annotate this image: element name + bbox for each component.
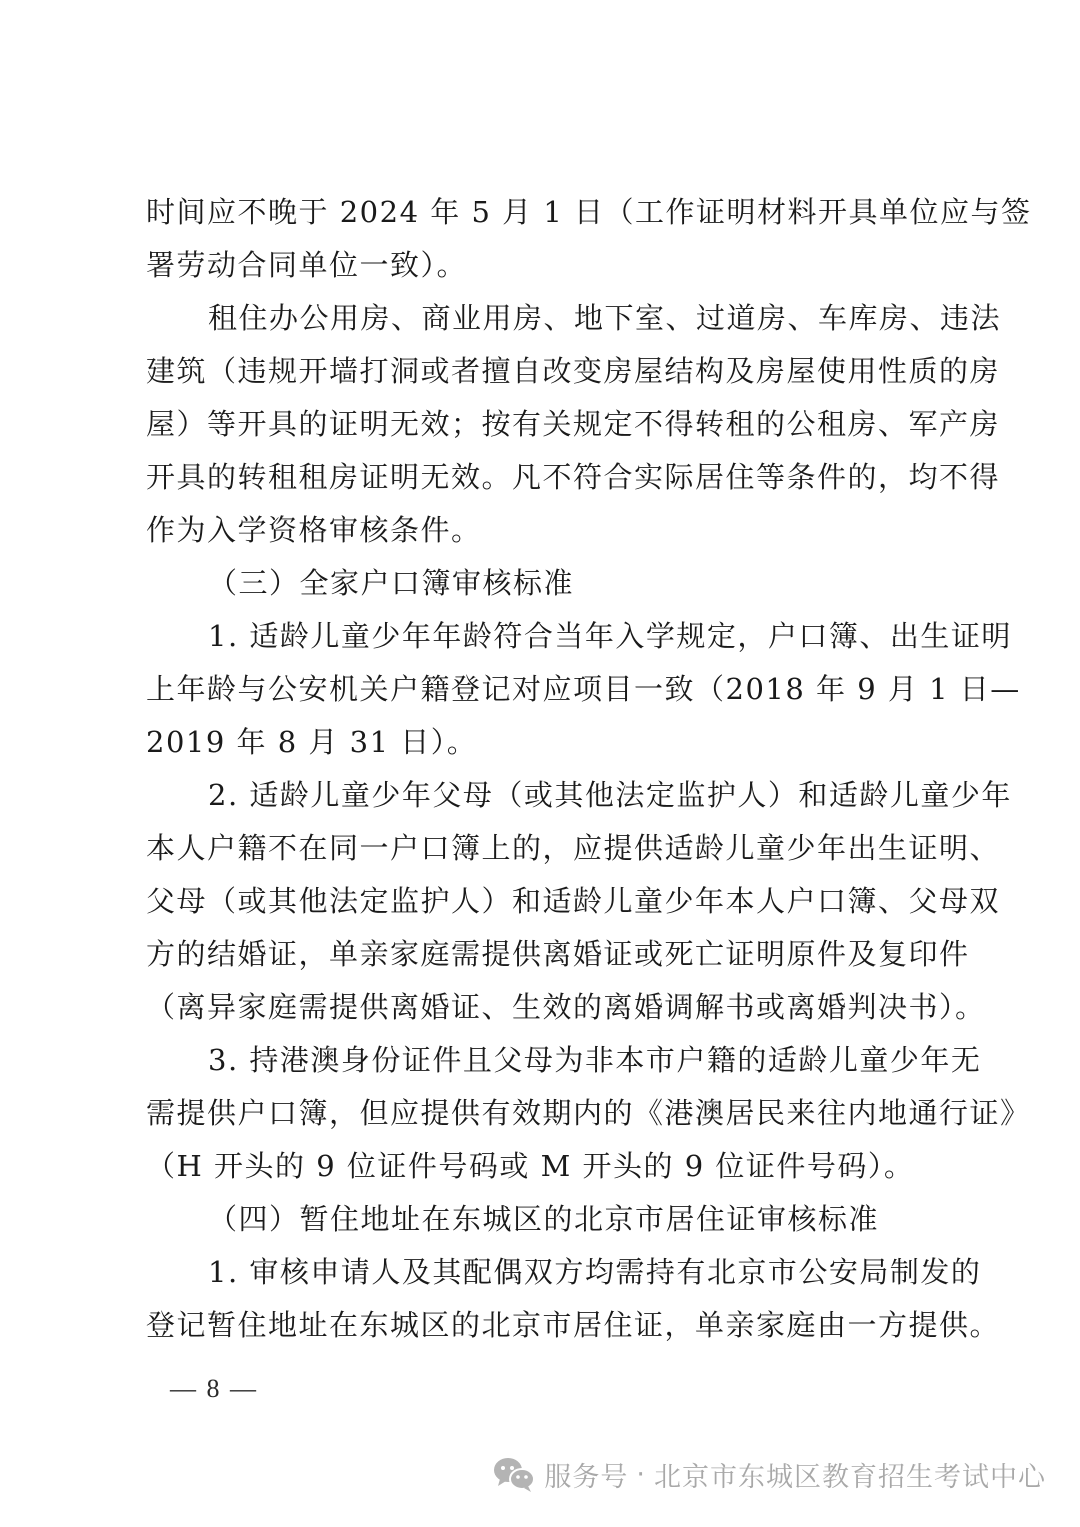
text-line: 3. 持港澳身份证件且父母为非本市户籍的适龄儿童少年无: [146, 1034, 948, 1087]
document-page: 时间应不晚于 2024 年 5 月 1 日（工作证明材料开具单位应与签 署劳动合…: [146, 186, 948, 1352]
text-line: 署劳动合同单位一致）。: [146, 239, 948, 292]
text-line: 屋）等开具的证明无效；按有关规定不得转租的公租房、军产房: [146, 398, 948, 451]
section-heading-household-register: （三）全家户口簿审核标准: [146, 557, 948, 610]
section-heading-residence-permit: （四）暂住地址在东城区的北京市居住证审核标准: [146, 1193, 948, 1246]
text-line: 时间应不晚于 2024 年 5 月 1 日（工作证明材料开具单位应与签: [146, 186, 948, 239]
paragraph-separate-register: 2. 适龄儿童少年父母（或其他法定监护人）和适龄儿童少年 本人户籍不在同一户口簿…: [146, 769, 948, 1034]
paragraph-work-proof-tail: 时间应不晚于 2024 年 5 月 1 日（工作证明材料开具单位应与签 署劳动合…: [146, 186, 948, 292]
paragraph-rental-invalid: 租住办公用房、商业用房、地下室、过道房、车库房、违法 建筑（违规开墙打洞或者擅自…: [146, 292, 948, 557]
text-line: 上年龄与公安机关户籍登记对应项目一致（2018 年 9 月 1 日—: [146, 663, 948, 716]
text-line: 登记暂住地址在东城区的北京市居住证，单亲家庭由一方提供。: [146, 1299, 948, 1352]
text-line: 1. 审核申请人及其配偶双方均需持有北京市公安局制发的: [146, 1246, 948, 1299]
text-line: 建筑（违规开墙打洞或者擅自改变房屋结构及房屋使用性质的房: [146, 345, 948, 398]
separator-dot: ·: [636, 1459, 646, 1490]
text-line: 2. 适龄儿童少年父母（或其他法定监护人）和适龄儿童少年: [146, 769, 948, 822]
account-name-label: 北京市东城区教育招生考试中心: [654, 1455, 1046, 1494]
text-line: 租住办公用房、商业用房、地下室、过道房、车库房、违法: [146, 292, 948, 345]
text-line: 1. 适龄儿童少年年龄符合当年入学规定，户口簿、出生证明: [146, 610, 948, 663]
wechat-icon: [492, 1455, 536, 1493]
text-line: 需提供户口簿，但应提供有效期内的《港澳居民来往内地通行证》: [146, 1087, 948, 1140]
wechat-watermark: 服务号 · 北京市东城区教育招生考试中心: [492, 1452, 1046, 1496]
text-line: （H 开头的 9 位证件号码或 M 开头的 9 位证件号码）。: [146, 1140, 948, 1193]
text-line: 方的结婚证，单亲家庭需提供离婚证或死亡证明原件及复印件: [146, 928, 948, 981]
text-line: 父母（或其他法定监护人）和适龄儿童少年本人户口簿、父母双: [146, 875, 948, 928]
paragraph-hk-macao: 3. 持港澳身份证件且父母为非本市户籍的适龄儿童少年无 需提供户口簿，但应提供有…: [146, 1034, 948, 1193]
text-line: 作为入学资格审核条件。: [146, 504, 948, 557]
text-line: 开具的转租租房证明无效。凡不符合实际居住等条件的，均不得: [146, 451, 948, 504]
paragraph-age-requirement: 1. 适龄儿童少年年龄符合当年入学规定，户口簿、出生证明 上年龄与公安机关户籍登…: [146, 610, 948, 769]
text-line: 本人户籍不在同一户口簿上的，应提供适龄儿童少年出生证明、: [146, 822, 948, 875]
text-line: （离异家庭需提供离婚证、生效的离婚调解书或离婚判决书）。: [146, 981, 948, 1034]
text-line: 2019 年 8 月 31 日）。: [146, 716, 948, 769]
account-type-label: 服务号: [544, 1455, 628, 1494]
paragraph-residence-permit: 1. 审核申请人及其配偶双方均需持有北京市公安局制发的 登记暂住地址在东城区的北…: [146, 1246, 948, 1352]
page-number: — 8 —: [170, 1374, 258, 1404]
